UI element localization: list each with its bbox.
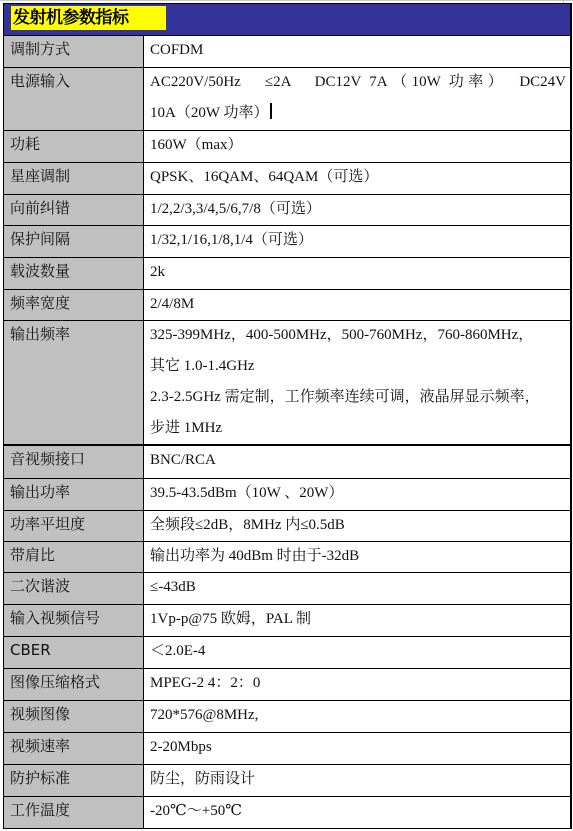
row-label: 调制方式 xyxy=(4,36,144,67)
row-value: BNC/RCA xyxy=(144,441,570,478)
row-label: 输出功率 xyxy=(4,479,144,510)
row-value: 全频段≤2dB，8MHz 内≤0.5dB xyxy=(144,506,570,541)
row-value: 2-20Mbps xyxy=(144,728,570,764)
row-value: 39.5-43.5dBm（10W 、20W） xyxy=(144,474,570,510)
spec-table: 发射机参数指标 调制方式COFDM电源输入AC220V/50Hz ≤2A DC1… xyxy=(3,3,572,829)
value-line: 2k xyxy=(150,257,570,288)
row-label: 频率宽度 xyxy=(4,290,144,320)
row-label: 视频图像 xyxy=(4,701,144,732)
row-value: ＜2.0E-4 xyxy=(144,632,570,668)
row-value: 2/4/8M xyxy=(144,285,570,320)
row-value: 1/2,2/3,3/4,5/6,7/8（可选） xyxy=(144,190,570,225)
row-label: 电源输入 xyxy=(4,68,144,130)
value-line: 1/32,1/16,1/8,1/4（可选） xyxy=(150,225,570,256)
row-value: 防尘，防雨设计 xyxy=(144,760,570,796)
row-label: 输出频率 xyxy=(4,321,144,444)
row-label: 功率平坦度 xyxy=(4,511,144,541)
row-value: MPEG-2 4：2：0 xyxy=(144,664,570,700)
value-line: 1Vp-p@75 欧姆，PAL 制 xyxy=(150,604,570,635)
table-header: 发射机参数指标 xyxy=(4,3,570,36)
row-value: QPSK、16QAM、64QAM（可选） xyxy=(144,158,570,194)
row-label: 载波数量 xyxy=(4,258,144,289)
row-value: 2k xyxy=(144,253,570,289)
value-line: BNC/RCA xyxy=(150,445,570,476)
value-line: -20℃～+50℃ xyxy=(150,796,570,827)
value-line: 步进 1MHz xyxy=(150,413,570,444)
table-row: 工作温度-20℃～+50℃ xyxy=(4,797,570,829)
row-value: 160W（max） xyxy=(144,126,570,162)
text-cursor xyxy=(270,103,272,119)
row-label: 星座调制 xyxy=(4,163,144,194)
table-title: 发射机参数指标 xyxy=(11,6,166,30)
value-line: 720*576@8MHz, xyxy=(150,700,570,731)
value-line: ＜2.0E-4 xyxy=(150,636,570,667)
row-value: 720*576@8MHz, xyxy=(144,696,570,732)
row-label: 向前纠错 xyxy=(4,195,144,225)
table-body: 调制方式COFDM电源输入AC220V/50Hz ≤2A DC12V 7A（10… xyxy=(4,36,570,829)
row-value: 1Vp-p@75 欧姆，PAL 制 xyxy=(144,600,570,636)
value-line: 防尘，防雨设计 xyxy=(150,764,570,795)
row-label: 二次谐波 xyxy=(4,573,144,604)
row-value: 325-399MHz，400-500MHz，500-760MHz，760-860… xyxy=(144,316,570,444)
row-label: 音视频接口 xyxy=(4,446,144,478)
row-value: ≤-43dB xyxy=(144,568,570,604)
value-line: 325-399MHz，400-500MHz，500-760MHz，760-860… xyxy=(150,320,570,351)
row-label: 带肩比 xyxy=(4,542,144,572)
row-value: 1/32,1/16,1/8,1/4（可选） xyxy=(144,221,570,257)
row-label: 工作温度 xyxy=(4,797,144,828)
row-value: -20℃～+50℃ xyxy=(144,792,570,828)
value-line: 其它 1.0-1.4GHz xyxy=(150,351,570,382)
value-line: 2.3-2.5GHz 需定制，工作频率连续可调，液晶屏显示频率， xyxy=(150,382,570,413)
row-label: 视频速率 xyxy=(4,733,144,764)
row-label: CBER xyxy=(4,637,144,668)
table-row: 输出频率325-399MHz，400-500MHz，500-760MHz，760… xyxy=(4,321,570,446)
row-label: 图像压缩格式 xyxy=(4,669,144,700)
row-value: AC220V/50Hz ≤2A DC12V 7A（10W 功率） DC24V10… xyxy=(144,63,570,130)
value-line: 2-20Mbps xyxy=(150,732,570,763)
value-line: QPSK、16QAM、64QAM（可选） xyxy=(150,162,570,193)
row-value: COFDM xyxy=(144,31,570,67)
row-label: 输入视频信号 xyxy=(4,605,144,636)
value-line: ≤-43dB xyxy=(150,572,570,603)
row-label: 防护标准 xyxy=(4,765,144,796)
value-line: 160W（max） xyxy=(150,130,570,161)
value-line: COFDM xyxy=(150,35,570,66)
row-value: 输出功率为 40dBm 时由于-32dB xyxy=(144,537,570,572)
row-label: 保护间隔 xyxy=(4,226,144,257)
row-label: 功耗 xyxy=(4,131,144,162)
value-line: MPEG-2 4：2：0 xyxy=(150,668,570,699)
value-line: 10A（20W 功率） xyxy=(150,98,570,129)
value-line: AC220V/50Hz ≤2A DC12V 7A（10W 功率） DC24V xyxy=(150,67,570,98)
value-line: 39.5-43.5dBm（10W 、20W） xyxy=(150,478,570,509)
table-row: 电源输入AC220V/50Hz ≤2A DC12V 7A（10W 功率） DC2… xyxy=(4,68,570,131)
